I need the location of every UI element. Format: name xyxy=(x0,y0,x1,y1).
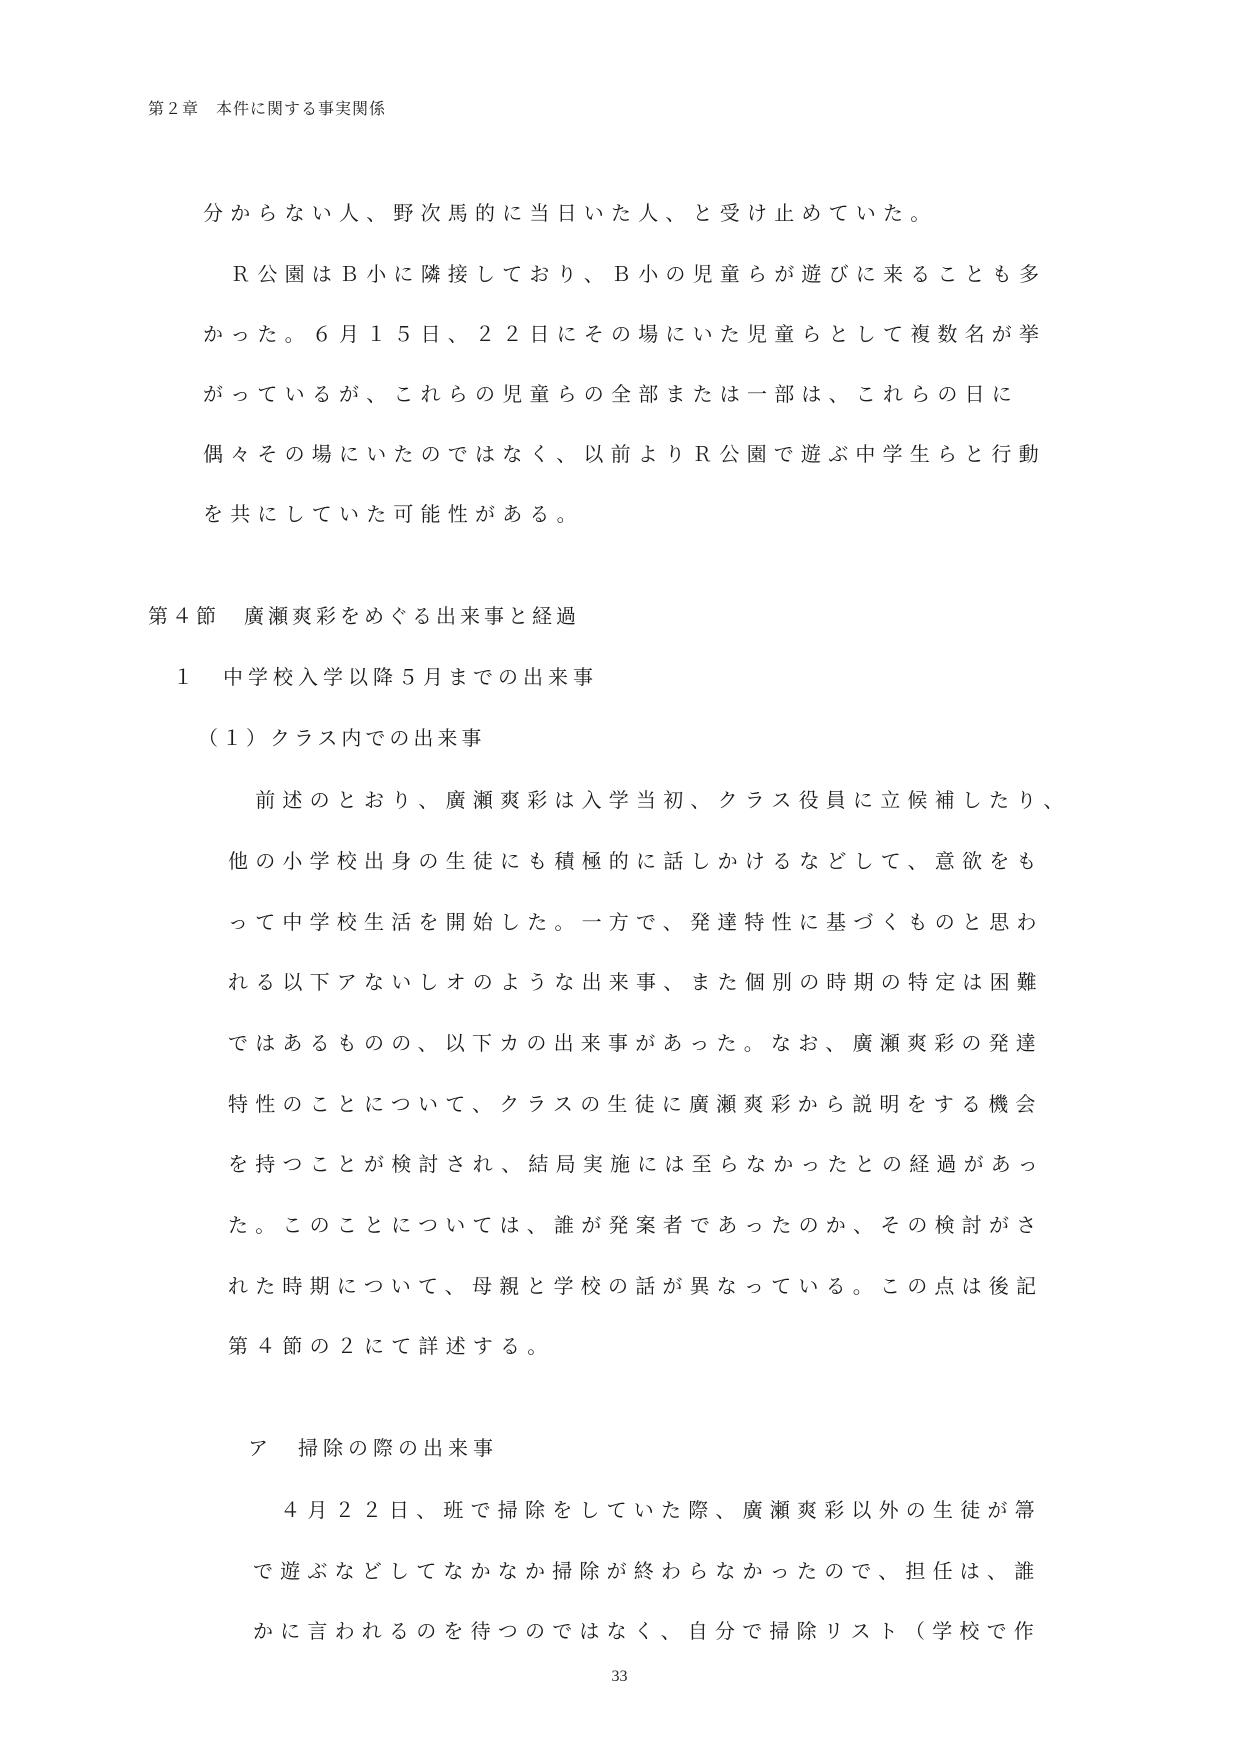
body-line: がっているが、これらの児童らの全部または一部は、これらの日に xyxy=(203,378,1019,407)
body-line: れた時期について、母親と学校の話が異なっている。この点は後記 xyxy=(228,1270,1043,1299)
subheading-a: ア 掃除の際の出来事 xyxy=(248,1432,498,1461)
body-line: 偶々その場にいたのではなく、以前よりＲ公園で遊ぶ中学生らと行動 xyxy=(203,438,1046,467)
body-line: 第４節の２にて詳述する。 xyxy=(228,1330,554,1359)
subheading-1-1: （１）クラス内での出来事 xyxy=(198,722,485,751)
body-line: 特性のことについて、クラスの生徒に廣瀬爽彩から説明をする機会 xyxy=(228,1088,1043,1117)
subheading-1: １ 中学校入学以降５月までの出来事 xyxy=(173,661,598,690)
body-line: で遊ぶなどしてなかなか掃除が終わらなかったので、担任は、誰 xyxy=(253,1555,1041,1584)
body-line: って中学校生活を開始した。一方で、発達特性に基づくものと思わ xyxy=(228,906,1044,935)
body-line: を持つことが検討され、結局実施には至らなかったとの経過があっ xyxy=(228,1148,1045,1177)
body-line: を共にしていた可能性がある。 xyxy=(203,498,584,527)
body-line: れる以下アないしオのような出来事、また個別の時期の特定は困難 xyxy=(228,966,1044,995)
body-line: ４月２２日、班で掃除をしていた際、廣瀬爽彩以外の生徒が箒 xyxy=(253,1494,1042,1523)
section-heading: 第４節 廣瀬爽彩をめぐる出来事と経過 xyxy=(148,600,580,629)
body-line: た。このことについては、誰が発案者であったのか、その検討がさ xyxy=(228,1209,1043,1238)
body-line: 前述のとおり、廣瀬爽彩は入学当初、クラス役員に立候補したり、 xyxy=(228,784,1071,813)
page-number: 33 xyxy=(0,1668,1239,1686)
document-page: 第２章 本件に関する事実関係 分からない人、野次馬的に当日いた人、と受け止めてい… xyxy=(0,0,1239,1754)
body-line: Ｒ公園はＢ小に隣接しており、Ｂ小の児童らが遊びに来ることも多 xyxy=(203,258,1046,287)
body-line: かに言われるのを待つのではなく、自分で掃除リスト（学校で作 xyxy=(253,1615,1041,1644)
body-line: 分からない人、野次馬的に当日いた人、と受け止めていた。 xyxy=(203,197,937,226)
running-head: 第２章 本件に関する事実関係 xyxy=(148,96,386,119)
body-line: かった。６月１５日、２２日にその場にいた児童らとして複数名が挙 xyxy=(203,318,1046,347)
body-line: ではあるものの、以下カの出来事があった。なお、廣瀬爽彩の発達 xyxy=(228,1027,1043,1056)
body-line: 他の小学校出身の生徒にも積極的に話しかけるなどして、意欲をも xyxy=(228,845,1044,874)
